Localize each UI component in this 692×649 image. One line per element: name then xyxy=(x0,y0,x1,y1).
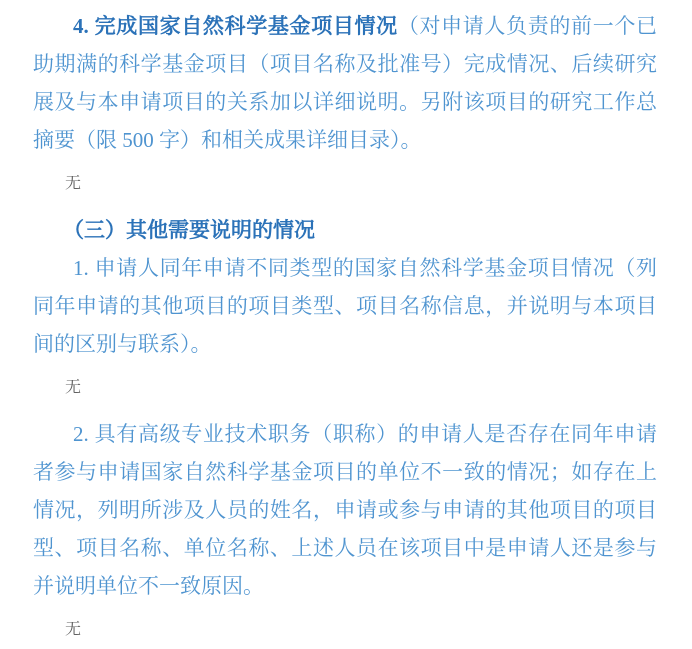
item-4-paragraph: 4. 完成国家自然科学基金项目情况（对申请人负责的前一个已资 助期满的科学基金项… xyxy=(33,7,657,159)
paragraph-line: 间的区别与联系）。 xyxy=(33,325,657,363)
paragraph-line: 同年申请的其他项目的项目类型、项目名称信息，并说明与本项目之 xyxy=(33,287,657,325)
section-3-heading: （三）其他需要说明的情况 xyxy=(33,211,657,249)
paragraph-line: 情况，列明所涉及人员的姓名，申请或参与申请的其他项目的项目类 xyxy=(33,491,657,529)
item-2-paragraph: 2. 具有高级专业技术职务（职称）的申请人是否存在同年申请或 者参与申请国家自然… xyxy=(33,415,657,605)
document-page: 4. 完成国家自然科学基金项目情况（对申请人负责的前一个已资 助期满的科学基金项… xyxy=(0,0,692,649)
paragraph-line: 型、项目名称、单位名称、上述人员在该项目中是申请人还是参与者， xyxy=(33,529,657,567)
paragraph-line: 展及与本申请项目的关系加以详细说明。另附该项目的研究工作总结 xyxy=(33,83,657,121)
paragraph-line: 4. 完成国家自然科学基金项目情况（对申请人负责的前一个已资 xyxy=(33,7,657,45)
item-1-paragraph: 1. 申请人同年申请不同类型的国家自然科学基金项目情况（列明 同年申请的其他项目… xyxy=(33,249,657,363)
paragraph-line: 2. 具有高级专业技术职务（职称）的申请人是否存在同年申请或 xyxy=(33,415,657,453)
paragraph-line: 者参与申请国家自然科学基金项目的单位不一致的情况；如存在上述 xyxy=(33,453,657,491)
paragraph-line: 摘要（限 500 字）和相关成果详细目录）。 xyxy=(33,121,657,159)
paragraph-line: 助期满的科学基金项目（项目名称及批准号）完成情况、后续研究进 xyxy=(33,45,657,83)
item-2-answer: 无 xyxy=(33,611,657,649)
item-4-heading: 4. 完成国家自然科学基金项目情况 xyxy=(73,14,398,38)
paragraph-line: 并说明单位不一致原因。 xyxy=(33,567,657,605)
item-4-answer: 无 xyxy=(33,165,657,203)
paragraph-line: 1. 申请人同年申请不同类型的国家自然科学基金项目情况（列明 xyxy=(33,249,657,287)
item-1-answer: 无 xyxy=(33,369,657,407)
